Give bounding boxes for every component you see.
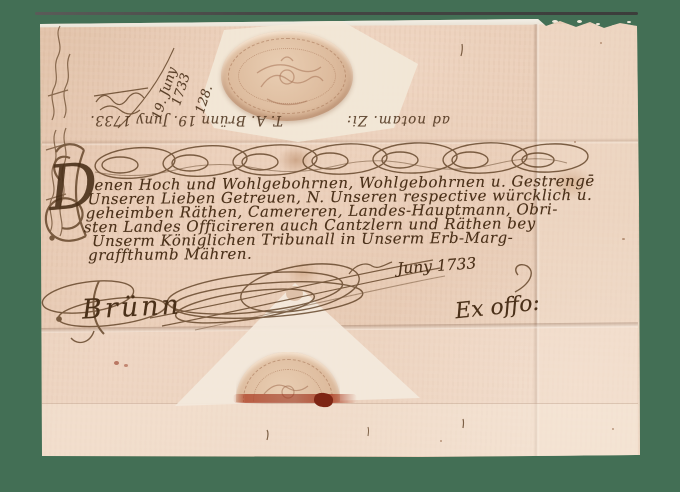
letter-sheet: D enen Hoch und Wohlgebohrnen, Wohlgeboh… — [0, 0, 680, 492]
scan-edge-line — [35, 12, 638, 15]
paper-speck — [596, 23, 600, 25]
address-block: enen Hoch und Wohlgebohrnen, Wohlgebohrn… — [0, 0, 680, 492]
paper-speck — [577, 20, 582, 23]
place-name: Brünn — [81, 289, 182, 325]
inverted-docket-note-right: ad notam. Zi: — [346, 112, 450, 128]
scanned-letter-photo: D enen Hoch und Wohlgebohrnen, Wohlgeboh… — [0, 0, 680, 492]
inverted-docket-note: T. A. Brünn 19. Juny 1733. — [90, 112, 283, 128]
address-line: graffthumb Mähren. — [88, 245, 252, 264]
paper-speck — [627, 21, 631, 23]
